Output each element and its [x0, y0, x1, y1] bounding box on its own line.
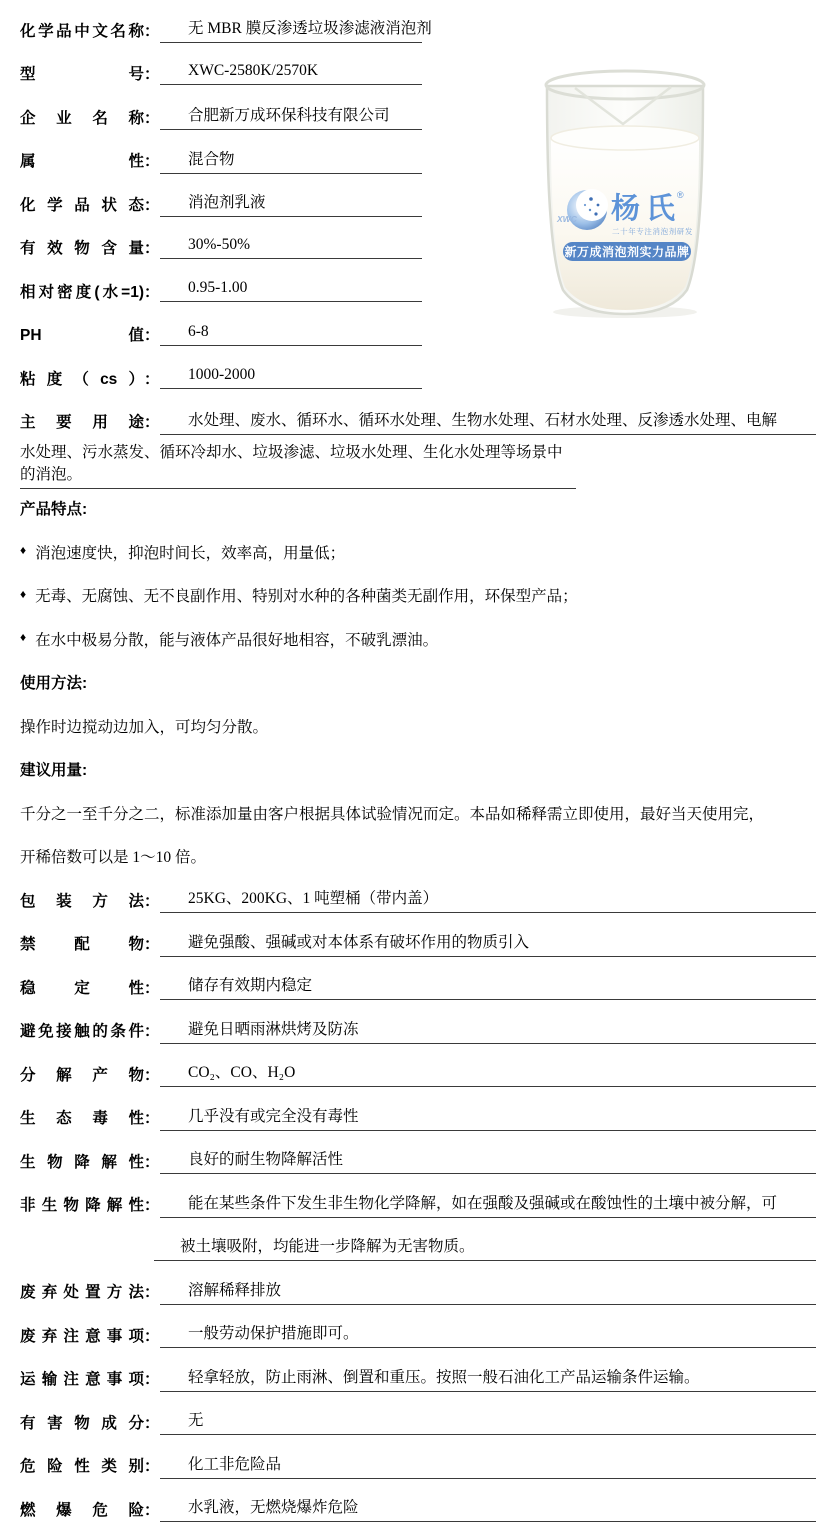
field-label: 包装方法: [20, 889, 144, 911]
field-label: 禁配物: [20, 932, 144, 954]
field-colon: ：: [144, 1280, 160, 1302]
field-value: 水乳液，无燃烧爆炸危险: [160, 1495, 816, 1522]
field-value: 混合物: [160, 147, 422, 174]
field-label: 粘度（cs）: [20, 367, 144, 389]
field-row: 有害物成分： 无: [20, 1400, 816, 1444]
brand-tagline: 二十年专注消泡剂研发: [612, 226, 693, 236]
field-colon: ：: [144, 19, 160, 41]
dosage-text-line2: 开稀倍数可以是 1～10 倍。: [20, 835, 816, 879]
field-value: 6-8: [160, 323, 422, 346]
field-colon: ：: [144, 1106, 160, 1128]
field-colon: ：: [144, 1498, 160, 1520]
field-value: 30%-50%: [160, 236, 422, 259]
field-colon: ：: [144, 1150, 160, 1172]
beaker-illustration: XWC 杨氏 ® 二十年专注消泡剂研发 新万成消泡剂实力品牌: [535, 58, 715, 320]
field-colon: ：: [144, 236, 160, 258]
registered-mark: ®: [677, 190, 684, 200]
field-row: 燃爆危险： 水乳液，无燃烧爆炸危险: [20, 1487, 816, 1531]
field-colon: ：: [144, 1324, 160, 1346]
field-row: 生物降解性： 良好的耐生物降解活性: [20, 1139, 816, 1183]
field-value: 1000-2000: [160, 366, 422, 389]
product-spec-sheet: 化学品中文名称： 无 MBR 膜反渗透垃圾渗滤液消泡剂 型号： XWC-2580…: [0, 0, 830, 1534]
field-row: 粘度（cs）： 1000-2000: [20, 356, 816, 400]
field-label: 生态毒性: [20, 1106, 144, 1128]
field-label: 非生物降解性: [20, 1193, 144, 1215]
field-value-continuation: 水处理、污水蒸发、循环冷却水、垃圾渗滤、垃圾水处理、生化水处理等场景中的消泡。: [20, 443, 816, 487]
field-value: CO₂、CO、H₂O: [160, 1060, 816, 1087]
field-row: 危险性类别： 化工非危险品: [20, 1444, 816, 1488]
diamond-bullet-icon: ♦: [20, 630, 26, 645]
field-row: 避免接触的条件： 避免日晒雨淋烘烤及防冻: [20, 1009, 816, 1053]
feature-bullet: ♦ 消泡速度快，抑泡时间长，效率高，用量低；: [20, 530, 816, 574]
field-colon: ：: [144, 106, 160, 128]
field-colon: ：: [144, 193, 160, 215]
section-title-dosage: 建议用量:: [20, 748, 816, 792]
field-value: 无: [160, 1408, 816, 1435]
field-value: 几乎没有或完全没有毒性: [160, 1104, 816, 1131]
field-value: 合肥新万成环保科技有限公司: [160, 103, 422, 130]
field-value: 一般劳动保护措施即可。: [160, 1321, 816, 1348]
field-label: 型号: [20, 62, 144, 84]
field-label: 相对密度(水=1): [20, 280, 144, 302]
field-colon: ：: [144, 410, 160, 432]
field-row-main-use: 主要用途： 水处理、废水、循环水、循环水处理、生物水处理、石材水处理、反渗透水处…: [20, 400, 816, 444]
field-row: 包装方法： 25KG、200KG、1 吨塑桶（带内盖）: [20, 878, 816, 922]
field-colon: ：: [144, 1367, 160, 1389]
field-colon: ：: [144, 323, 160, 345]
field-label: 主要用途: [20, 410, 144, 432]
liquid-surface: [551, 126, 699, 150]
field-row: 废弃注意事项： 一般劳动保护措施即可。: [20, 1313, 816, 1357]
field-colon: ：: [144, 1454, 160, 1476]
field-value: 溶解稀释排放: [160, 1278, 816, 1305]
field-label: 有害物成分: [20, 1411, 144, 1433]
field-row: 化学品中文名称： 无 MBR 膜反渗透垃圾渗滤液消泡剂: [20, 8, 816, 52]
field-row: 分解产物： CO₂、CO、H₂O: [20, 1052, 816, 1096]
feature-bullet: ♦ 无毒、无腐蚀、无不良副作用、特别对水种的各种菌类无副作用，环保型产品；: [20, 574, 816, 618]
field-row: 稳定性： 储存有效期内稳定: [20, 965, 816, 1009]
field-value: 化工非危险品: [160, 1452, 816, 1479]
field-value: 避免强酸、强碱或对本体系有破坏作用的物质引入: [160, 930, 816, 957]
field-colon: ：: [144, 976, 160, 998]
field-value: 无 MBR 膜反渗透垃圾渗滤液消泡剂: [160, 16, 422, 43]
field-colon: ：: [144, 1411, 160, 1433]
field-label: 稳定性: [20, 976, 144, 998]
field-value: 轻拿轻放，防止雨淋、倒置和重压。按照一般石油化工产品运输条件运输。: [160, 1365, 816, 1392]
field-value: 25KG、200KG、1 吨塑桶（带内盖）: [160, 886, 816, 913]
field-value: 消泡剂乳液: [160, 190, 422, 217]
field-label: 运输注意事项: [20, 1367, 144, 1389]
field-label: 化学品状态: [20, 193, 144, 215]
field-colon: ：: [144, 889, 160, 911]
field-label: 生物降解性: [20, 1150, 144, 1172]
usage-text: 操作时边搅动边加入，可均匀分散。: [20, 704, 816, 748]
dosage-text-line1: 千分之一至千分之二，标准添加量由客户根据具体试验情况而定。本品如稀释需立即使用，…: [20, 791, 816, 835]
section-title-features: 产品特点:: [20, 487, 816, 531]
brand-band: 新万成消泡剂实力品牌: [563, 242, 691, 261]
field-label: 属性: [20, 149, 144, 171]
field-row: 生态毒性： 几乎没有或完全没有毒性: [20, 1096, 816, 1140]
field-value: 良好的耐生物降解活性: [160, 1147, 816, 1174]
field-colon: ：: [144, 932, 160, 954]
field-value: 能在某些条件下发生非生物化学降解，如在强酸及强碱或在酸蚀性的土壤中被分解，可: [160, 1191, 816, 1218]
field-label: 废弃处置方法: [20, 1280, 144, 1302]
field-value: 0.95-1.00: [160, 279, 422, 302]
field-colon: ：: [144, 1193, 160, 1215]
feature-bullet: ♦ 在水中极易分散，能与液体产品很好地相容，不破乳漂油。: [20, 617, 816, 661]
field-row: 非生物降解性： 能在某些条件下发生非生物化学降解，如在强酸及强碱或在酸蚀性的土壤…: [20, 1183, 816, 1227]
field-colon: ：: [144, 280, 160, 302]
band-text: 新万成消泡剂实力品牌: [564, 244, 689, 259]
field-label: PH 值: [20, 323, 144, 345]
field-label: 燃爆危险: [20, 1498, 144, 1520]
field-colon: ：: [144, 62, 160, 84]
field-colon: ：: [144, 1019, 160, 1041]
field-label: 企业名称: [20, 106, 144, 128]
field-colon: ：: [144, 367, 160, 389]
diamond-bullet-icon: ♦: [20, 543, 26, 558]
field-label: 有效物含量: [20, 236, 144, 258]
section-title-usage: 使用方法:: [20, 661, 816, 705]
field-row: 废弃处置方法： 溶解稀释排放: [20, 1270, 816, 1314]
field-row: 禁配物： 避免强酸、强碱或对本体系有破坏作用的物质引入: [20, 922, 816, 966]
field-value: 水处理、废水、循环水、循环水处理、生物水处理、石材水处理、反渗透水处理、电解: [160, 408, 816, 435]
field-label: 危险性类别: [20, 1454, 144, 1476]
field-value-continuation: 被土壤吸附，均能进一步降解为无害物质。: [20, 1226, 816, 1270]
field-label: 避免接触的条件: [20, 1019, 144, 1041]
field-row: 运输注意事项： 轻拿轻放，防止雨淋、倒置和重压。按照一般石油化工产品运输条件运输…: [20, 1357, 816, 1401]
field-label: 分解产物: [20, 1063, 144, 1085]
product-photo: XWC 杨氏 ® 二十年专注消泡剂研发 新万成消泡剂实力品牌: [535, 58, 715, 320]
field-value: 避免日晒雨淋烘烤及防冻: [160, 1017, 816, 1044]
logo-xwc-text: XWC: [556, 214, 578, 224]
diamond-bullet-icon: ♦: [20, 587, 26, 602]
field-value: XWC-2580K/2570K: [160, 62, 422, 85]
field-colon: ：: [144, 149, 160, 171]
brand-name: 杨氏: [611, 192, 681, 225]
field-label: 化学品中文名称: [20, 19, 144, 41]
field-value: 储存有效期内稳定: [160, 973, 816, 1000]
field-colon: ：: [144, 1063, 160, 1085]
field-label: 废弃注意事项: [20, 1324, 144, 1346]
